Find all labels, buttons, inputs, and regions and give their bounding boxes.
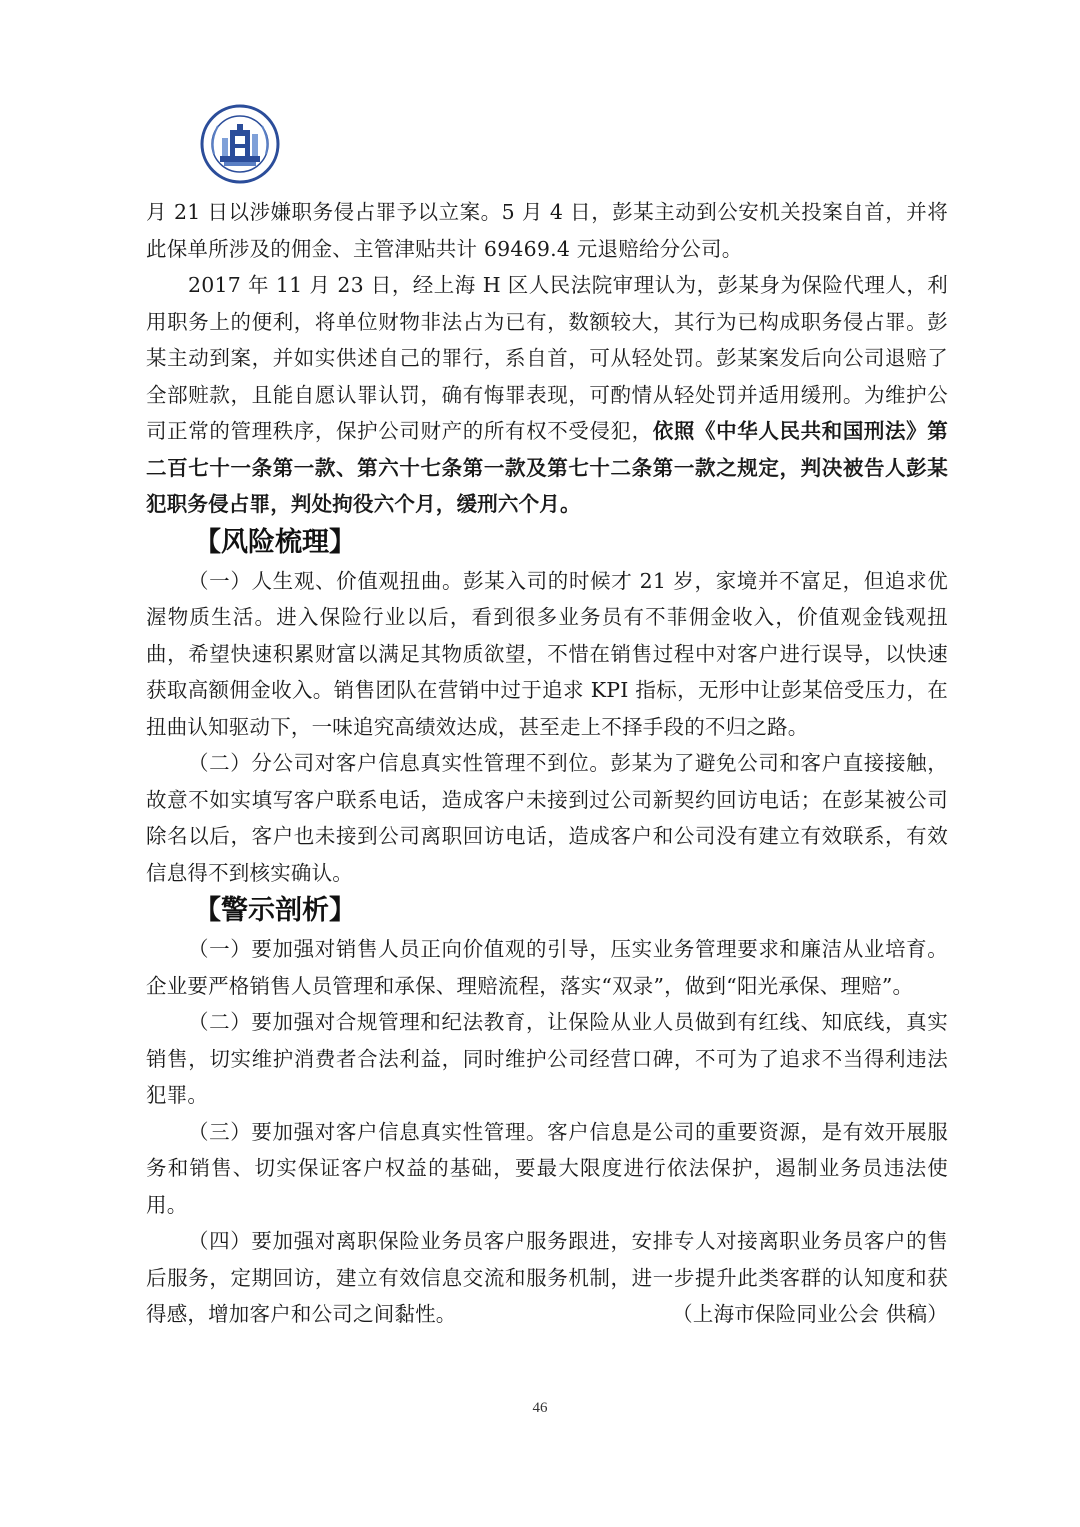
document-body: 月 21 日以涉嫌职务侵占罪予以立案。5 月 4 日，彭某主动到公安机关投案自首… <box>146 194 948 1333</box>
section-heading-warning: 【警示剖析】 <box>194 891 948 931</box>
page-number: 46 <box>0 1400 1080 1417</box>
warning-paragraph: （二）要加强对合规管理和纪法教育，让保险从业人员做到有红线、知底线，真实销售，切… <box>146 1004 948 1114</box>
paragraph-case-filing: 月 21 日以涉嫌职务侵占罪予以立案。5 月 4 日，彭某主动到公安机关投案自首… <box>146 194 948 267</box>
organization-logo-icon <box>200 104 280 184</box>
attribution: （上海市保险同业公会 供稿） <box>630 1296 948 1333</box>
section-heading-risk: 【风险梳理】 <box>194 523 948 563</box>
risk-paragraph: （一）人生观、价值观扭曲。彭某入司的时候才 21 岁，家境并不富足，但追求优渥物… <box>146 563 948 746</box>
risk-paragraph: （二）分公司对客户信息真实性管理不到位。彭某为了避免公司和客户直接接触，故意不如… <box>146 745 948 891</box>
ruling-text: 2017 年 11 月 23 日，经上海 H 区人民法院审理认为，彭某身为保险代… <box>146 273 948 443</box>
warning-paragraph-last: （四）要加强对离职保险业务员客户服务跟进，安排专人对接离职业务员客户的售后服务，… <box>146 1223 948 1333</box>
warning-paragraph: （一）要加强对销售人员正向价值观的引导，压实业务管理要求和廉洁从业培育。企业要严… <box>146 931 948 1004</box>
paragraph-court-ruling: 2017 年 11 月 23 日，经上海 H 区人民法院审理认为，彭某身为保险代… <box>146 267 948 523</box>
warning-paragraph: （三）要加强对客户信息真实性管理。客户信息是公司的重要资源，是有效开展服务和销售… <box>146 1114 948 1224</box>
